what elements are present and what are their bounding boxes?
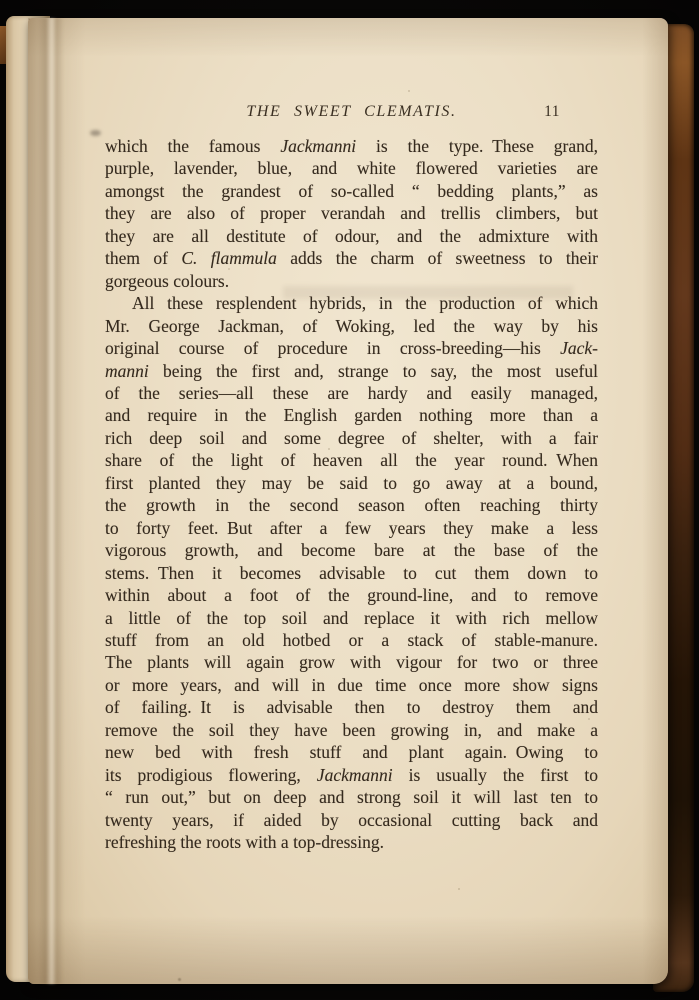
paper-smudge xyxy=(90,130,101,136)
paper-specks xyxy=(28,18,30,20)
running-head: THE SWEET CLEMATIS. 11 xyxy=(105,103,598,125)
text-line: them of C. flammula adds the charm of sw… xyxy=(105,247,598,269)
text-line: Mr. George Jackman, of Woking, led the w… xyxy=(105,315,598,337)
text-line: All these resplendent hybrids, in the pr… xyxy=(105,292,598,314)
text-line: first planted they may be said to go awa… xyxy=(105,472,598,494)
text-line: stuff from an old hotbed or a stack of s… xyxy=(105,629,598,651)
text-line: of the series—all these are hardy and ea… xyxy=(105,382,598,404)
text-block: which the famous Jackmanni is the type. … xyxy=(105,135,598,854)
text-line: which the famous Jackmanni is the type. … xyxy=(105,135,598,157)
gutter-crease xyxy=(38,18,64,984)
text-line: remove the soil they have been growing i… xyxy=(105,719,598,741)
text-line: original course of procedure in cross-br… xyxy=(105,337,598,359)
text-line: and require in the English garden nothin… xyxy=(105,404,598,426)
page-number: 11 xyxy=(544,103,560,121)
text-line: of failing. It is advisable then to dest… xyxy=(105,696,598,718)
text-line: rich deep soil and some degree of shelte… xyxy=(105,427,598,449)
running-head-title: THE SWEET CLEMATIS. xyxy=(105,103,598,121)
text-line: they are also of proper verandah and tre… xyxy=(105,202,598,224)
book-photo-scene: THE SWEET CLEMATIS. 11 which the famous … xyxy=(0,0,699,1000)
text-line: new bed with fresh stuff and plant again… xyxy=(105,741,598,763)
text-line: “ run out,” but on deep and strong soil … xyxy=(105,786,598,808)
text-line: amongst the grandest of so-called “ bedd… xyxy=(105,180,598,202)
paragraph: which the famous Jackmanni is the type. … xyxy=(105,135,598,292)
paper-smudge xyxy=(178,978,181,981)
book-page: THE SWEET CLEMATIS. 11 which the famous … xyxy=(28,18,668,984)
text-line: to forty feet. But after a few years the… xyxy=(105,517,598,539)
text-line: stems. Then it becomes advisable to cut … xyxy=(105,562,598,584)
text-line: vigorous growth, and become bare at the … xyxy=(105,539,598,561)
text-line: manni being the first and, strange to sa… xyxy=(105,360,598,382)
text-line: its prodigious flowering, Jackmanni is u… xyxy=(105,764,598,786)
text-line: they are all destitute of odour, and the… xyxy=(105,225,598,247)
text-line: or more years, and will in due time once… xyxy=(105,674,598,696)
text-line: the growth in the second season often re… xyxy=(105,494,598,516)
text-line: purple, lavender, blue, and white flower… xyxy=(105,157,598,179)
text-line: The plants will again grow with vigour f… xyxy=(105,651,598,673)
text-line: twenty years, if aided by occasional cut… xyxy=(105,809,598,831)
text-line: a little of the top soil and replace it … xyxy=(105,607,598,629)
text-line: within about a foot of the ground-line, … xyxy=(105,584,598,606)
paragraph: All these resplendent hybrids, in the pr… xyxy=(105,292,598,853)
text-line: gorgeous colours. xyxy=(105,270,598,292)
text-line: share of the light of heaven all the yea… xyxy=(105,449,598,471)
text-line: refreshing the roots with a top-dressing… xyxy=(105,831,598,853)
